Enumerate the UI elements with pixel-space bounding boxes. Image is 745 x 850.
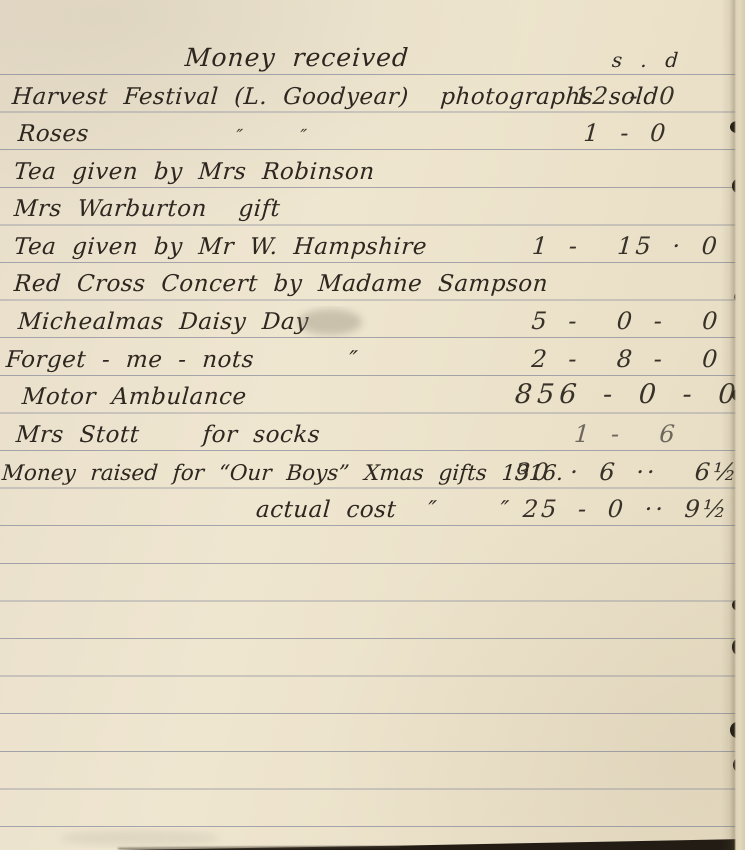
entry-amount: 1 - 15 · 0 — [514, 232, 738, 260]
entry-label: actual cost ″ ″ — [255, 497, 510, 523]
entry-label: Michealmas Daisy Day — [17, 309, 310, 335]
ditto-mark: ″ — [235, 126, 244, 147]
ledger-row: Mrs Stott for socks 1 - 6 — [0, 414, 745, 450]
entry-amount: 1 - 0 — [514, 119, 738, 147]
ledger-row: Roses ″ ″ 1 - 0 — [0, 113, 745, 149]
entry-amount: 2 - 8 - 0 — [514, 345, 738, 373]
entry-amount: 25 - 0 ·· 9½ — [514, 495, 738, 523]
ledger-row: Mrs Warburton gift — [0, 188, 745, 224]
ledger-row: Michealmas Daisy Day 5 - 0 - 0 — [0, 301, 745, 337]
entry-amount: 856 - 0 - 0 — [514, 379, 738, 410]
page-bottom-edge-line — [118, 846, 400, 849]
ledger-row: Forget - me - nots ″ 2 - 8 - 0 — [0, 339, 745, 375]
paper-smear — [60, 830, 220, 846]
ledger-row: Motor Ambulance 856 - 0 - 0 — [0, 376, 745, 412]
ledger-row: Harvest Festival (L. Goodyear) photograp… — [0, 76, 745, 112]
ditto-mark: ″ — [299, 126, 308, 147]
entry-label: Tea given by Mrs Robinson — [13, 159, 376, 185]
ledger-row: Money raised for “Our Boys” Xmas gifts 1… — [0, 452, 745, 488]
entry-label: Forget - me - nots ″ — [5, 347, 359, 373]
ledger-page: Money received s . d Harvest Festival (L… — [0, 0, 745, 850]
entry-amount: 1 - 6 — [514, 420, 738, 448]
entry-label: Roses — [17, 121, 90, 147]
entry-label: Mrs Stott for socks — [15, 422, 321, 448]
ledger-row: Tea given by Mrs Robinson — [0, 151, 745, 187]
entry-amount: 5 - 0 - 0 — [514, 307, 738, 335]
entry-amount: 12 - 0 — [514, 82, 738, 110]
ledger-row: Tea given by Mr W. Hampshire 1 - 15 · 0 — [0, 226, 745, 262]
ledger-row: actual cost ″ ″ 25 - 0 ·· 9½ — [0, 489, 745, 525]
ledger-row: Red Cross Concert by Madame Sampson — [0, 263, 745, 299]
entry-label: Motor Ambulance — [21, 384, 247, 410]
page-bottom-edge — [118, 839, 745, 850]
entry-label: Tea given by Mr W. Hampshire — [13, 234, 428, 260]
title-row: Money received s . d — [0, 38, 745, 74]
entry-label: Mrs Warburton gift — [13, 196, 281, 222]
entry-label: Money raised for “Our Boys” Xmas gifts 1… — [1, 461, 564, 486]
entry-label: Red Cross Concert by Madame Sampson — [13, 271, 549, 297]
entry-amount: 30 · 6 ·· 6½ — [514, 458, 738, 486]
column-header-sd: s . d — [611, 48, 681, 72]
page-title: Money received — [184, 43, 410, 72]
